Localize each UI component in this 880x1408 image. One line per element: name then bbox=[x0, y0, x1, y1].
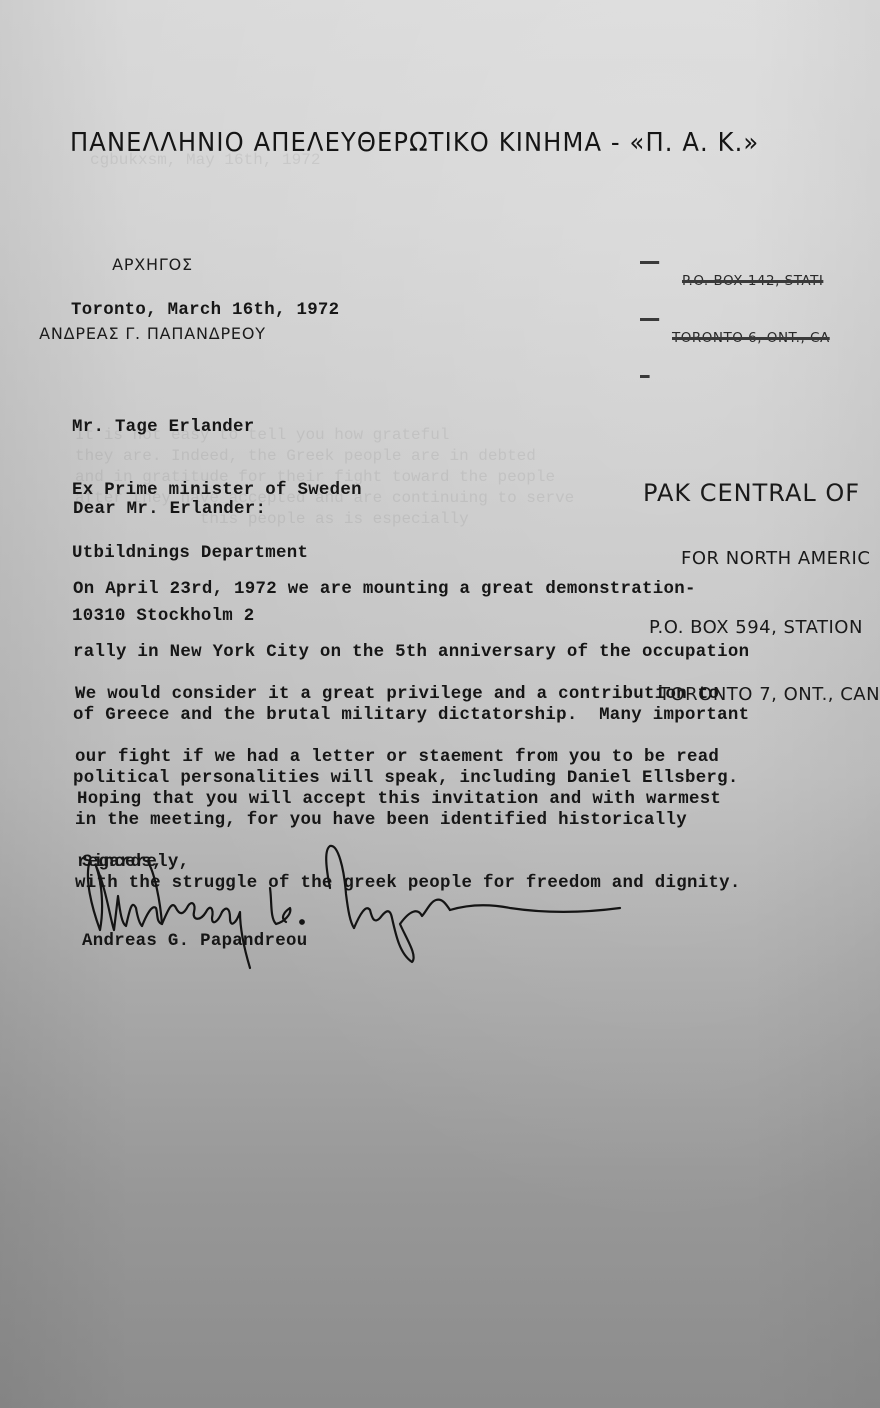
struck-old-address: P.O. BOX 142, STATI TORONTO 6, ONT., CA bbox=[640, 234, 880, 386]
recipient-line: Mr. Tage Erlander bbox=[72, 417, 362, 438]
old-address-line: TORONTO 6, ONT., CA bbox=[640, 329, 880, 348]
letter-date: Toronto, March 16th, 1972 bbox=[71, 301, 339, 320]
handwritten-signature-icon bbox=[80, 838, 640, 978]
organization-title: ΠΑΝΕΛΛΗΝΙΟ ΑΠΕΛΕΥΘΕΡΩΤΙΚΟ ΚΙΝΗΜΑ - «Π. Α… bbox=[70, 128, 759, 158]
leader-title: ΑΡΧΗΓΟΣ bbox=[10, 253, 295, 276]
paragraph-line: On April 23rd, 1972 we are mounting a gr… bbox=[73, 579, 749, 600]
old-address-line: P.O. BOX 142, STATI bbox=[640, 272, 880, 291]
paragraph-line: Hoping that you will accept this invitat… bbox=[77, 789, 721, 810]
paragraph-line: We would consider it a great privilege a… bbox=[75, 684, 741, 705]
leader-block: ΑΡΧΗΓΟΣ ΑΝΔΡΕΑΣ Γ. ΠΑΠΑΝΔΡΕΟΥ bbox=[10, 207, 295, 368]
leader-name: ΑΝΔΡΕΑΣ Γ. ΠΑΠΑΝΔΡΕΟΥ bbox=[10, 322, 295, 345]
recipient-line: Ex Prime minister of Sweden bbox=[72, 480, 362, 501]
salutation: Dear Mr. Erlander: bbox=[73, 500, 266, 519]
office-name: PAK CENTRAL OF bbox=[640, 479, 880, 507]
